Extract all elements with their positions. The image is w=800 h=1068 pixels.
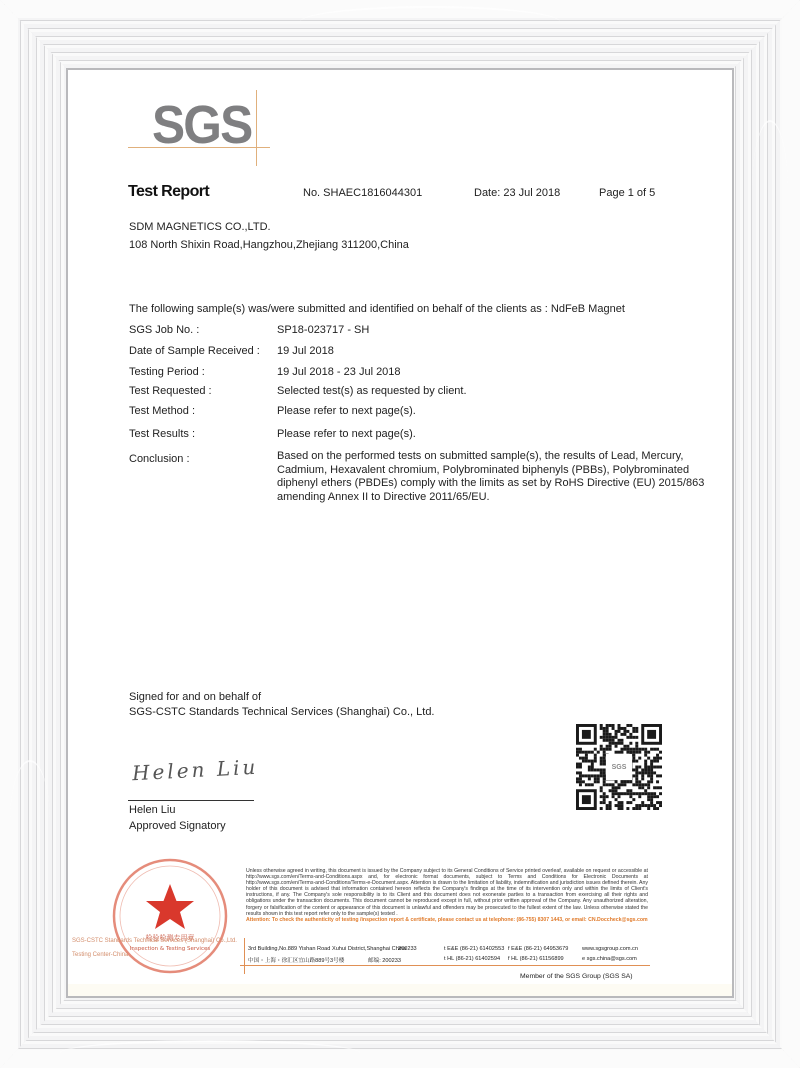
qr-center-logo: SGS xyxy=(606,754,632,780)
fax-hl: f HL (86-21) 61156899 xyxy=(508,956,564,962)
email-link[interactable]: e sgs.china@sgs.com xyxy=(582,956,637,962)
signoff-company: SGS-CSTC Standards Technical Services (S… xyxy=(129,706,435,718)
conclusion-label: Conclusion : xyxy=(129,453,190,465)
stamp-caption-1: SGS-CSTC Standards Technical Services (S… xyxy=(72,938,237,944)
field-value-job-no: SP18-023717 - SH xyxy=(277,324,369,336)
sample-intro: The following sample(s) was/were submitt… xyxy=(129,303,625,315)
fax-ee: f E&E (86-21) 64953679 xyxy=(508,946,568,952)
report-date: Date: 23 Jul 2018 xyxy=(474,187,560,199)
frame-grain xyxy=(752,120,788,262)
verification-qr-code[interactable]: SGS xyxy=(576,724,662,810)
field-value-testing-period: 19 Jul 2018 - 23 Jul 2018 xyxy=(277,366,401,378)
postcode-english: 200233 xyxy=(398,946,417,952)
signoff-line1: Signed for and on behalf of xyxy=(129,691,261,703)
page-bottom-tint xyxy=(68,984,732,996)
seal-icon: 检验检测专用章 Inspection & Testing Services xyxy=(108,854,232,978)
field-value-test-requested: Selected test(s) as requested by client. xyxy=(277,385,467,397)
logo-rule-vertical xyxy=(256,90,257,166)
frame-grain xyxy=(300,6,560,38)
authenticity-notice[interactable]: Attention: To check the authenticity of … xyxy=(246,917,648,923)
phone-ee: t E&E (86-21) 61402553 xyxy=(444,946,504,952)
field-label-date-received: Date of Sample Received : xyxy=(129,345,260,357)
field-label-test-method: Test Method : xyxy=(129,405,195,417)
address-chinese: 中国・上海・徐汇区宜山路889号3号楼 xyxy=(248,956,344,964)
legal-disclaimer: Unless otherwise agreed in writing, this… xyxy=(246,868,648,923)
handwritten-signature: Helen Liu xyxy=(131,755,258,786)
disclaimer-text: Unless otherwise agreed in writing, this… xyxy=(246,868,648,917)
frame-grain xyxy=(10,760,50,882)
field-label-test-results: Test Results : xyxy=(129,428,195,440)
company-seal-stamp: 检验检测专用章 Inspection & Testing Services xyxy=(108,854,232,978)
address-english: 3rd Building,No.889 Yishan Road Xuhui Di… xyxy=(248,946,406,952)
conclusion-text: Based on the performed tests on submitte… xyxy=(277,450,717,504)
client-address: 108 North Shixin Road,Hangzhou,Zhejiang … xyxy=(129,239,409,251)
field-label-test-requested: Test Requested : xyxy=(129,385,212,397)
sgs-logo: SGS xyxy=(128,90,268,156)
field-label-testing-period: Testing Period : xyxy=(129,366,205,378)
report-number: No. SHAEC1816044301 xyxy=(303,187,422,199)
signature-line xyxy=(128,800,254,801)
report-title: Test Report xyxy=(128,183,209,201)
test-report-page: SGS Test Report No. SHAEC1816044301 Date… xyxy=(68,70,732,996)
stamp-caption-2: Testing Center-China xyxy=(72,952,128,958)
phone-hl: t HL (86-21) 61402594 xyxy=(444,956,500,962)
frame-grain xyxy=(60,1040,360,1066)
signatory-title: Approved Signatory xyxy=(129,820,226,832)
client-name: SDM MAGNETICS CO.,LTD. xyxy=(129,221,271,233)
field-value-test-results: Please refer to next page(s). xyxy=(277,428,416,440)
footer-rule-horizontal xyxy=(240,965,650,966)
field-value-date-received: 19 Jul 2018 xyxy=(277,345,334,357)
field-label-job-no: SGS Job No. : xyxy=(129,324,199,336)
website-link[interactable]: www.sgsgroup.com.cn xyxy=(582,946,638,952)
frame-left xyxy=(0,0,68,1068)
page-indicator: Page 1 of 5 xyxy=(599,187,655,199)
svg-text:Inspection & Testing Services: Inspection & Testing Services xyxy=(130,946,211,952)
member-line: Member of the SGS Group (SGS SA) xyxy=(520,973,633,980)
field-value-test-method: Please refer to next page(s). xyxy=(277,405,416,417)
footer-rule-vertical xyxy=(244,938,245,974)
logo-rule-horizontal xyxy=(128,147,270,148)
postcode-chinese: 邮编: 200233 xyxy=(368,956,401,964)
signatory-name: Helen Liu xyxy=(129,804,175,816)
